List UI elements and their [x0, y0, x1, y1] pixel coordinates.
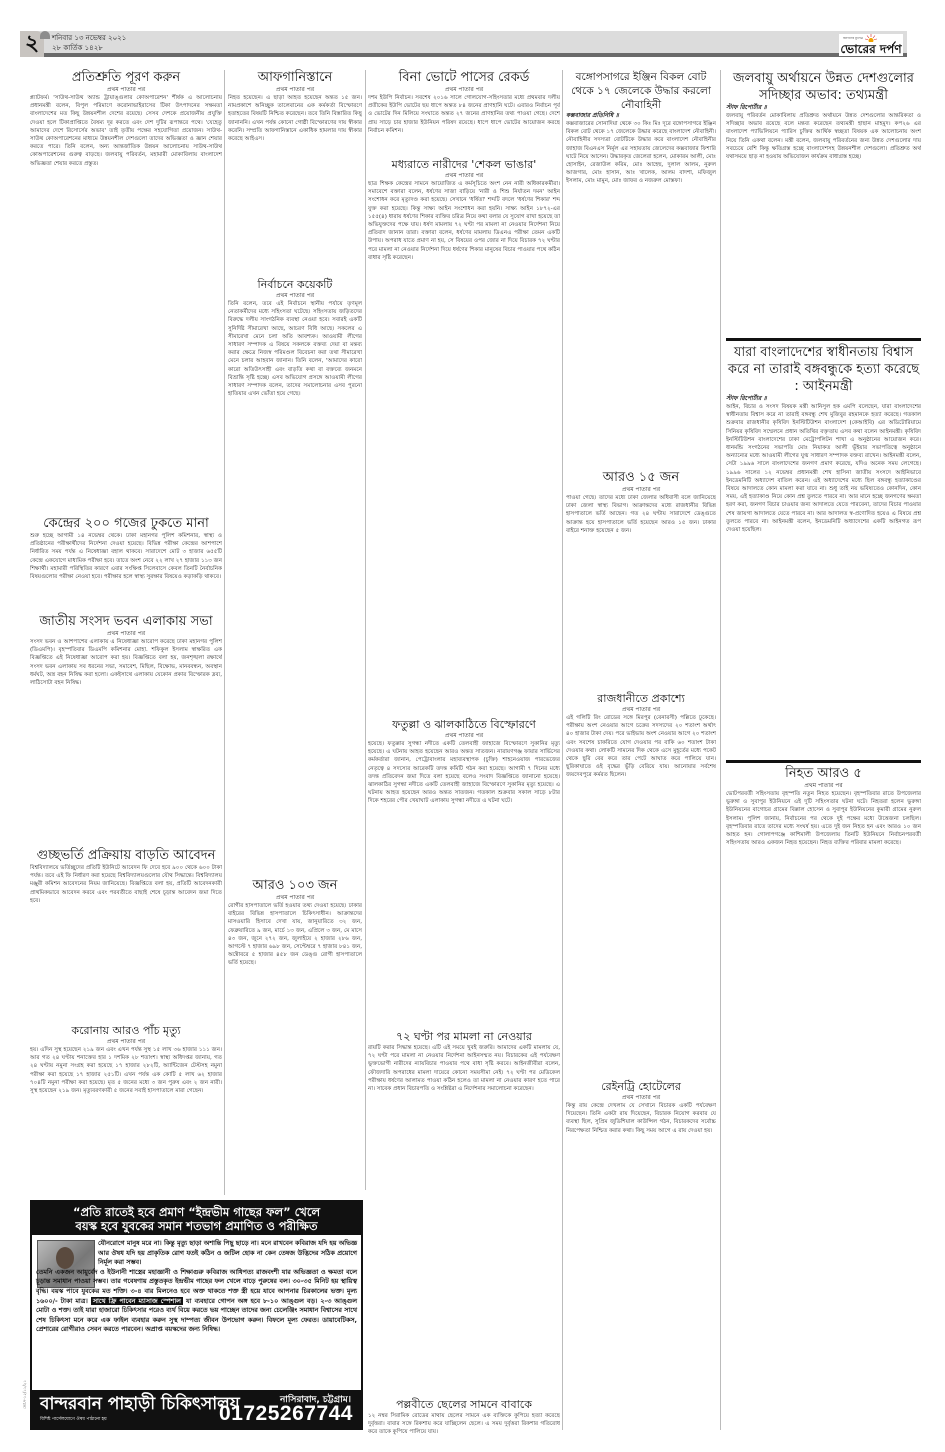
column-divider	[365, 70, 366, 1190]
kicker: প্রথম পাতার পর	[566, 706, 716, 714]
headline: জাতীয় সংসদ ভবন এলাকায় সভা	[30, 614, 222, 630]
headline: গুচ্ছভর্তি প্রক্রিয়ায় বাড়তি আবেদন	[30, 848, 222, 864]
kicker: প্রথম পাতার পর	[566, 1094, 716, 1102]
story-kendro[interactable]: কেন্দ্রের ২০০ গজের ঢুকতে মানা শুরু হচ্ছে…	[30, 516, 222, 612]
story-nihoto5[interactable]: নিহত আরও ৫ প্রথম পাতার পর ভোটপরবর্তী সহি…	[726, 766, 921, 1430]
section-rule	[726, 338, 921, 341]
page-number: ২	[20, 31, 44, 57]
story-binavote[interactable]: বিনা ভোটে পাসের রেকর্ড প্রথম পাতার পর দশ…	[368, 70, 560, 159]
story-nirbachone[interactable]: নির্বাচনে কয়েকটি প্রথম পাতার পর তিনি বল…	[228, 278, 362, 880]
kicker: প্রথম পাতার পর	[228, 86, 362, 94]
kicker: প্রথম পাতার পর	[228, 292, 362, 300]
kicker: প্রথম পাতার পর	[30, 86, 222, 94]
article-body: ১২ নম্বর সিরামিক রোডের মাথায় ছেলের সামন…	[368, 1412, 560, 1436]
column-divider	[224, 70, 225, 1195]
sun-logo-icon	[865, 34, 877, 42]
story-pallabi[interactable]: পল্লবীতে ছেলের সামনে বাবাকে ১২ নম্বর সির…	[368, 1398, 560, 1436]
headline: বিনা ভোটে পাসের রেকর্ড	[368, 70, 560, 86]
kicker: প্রথম পাতার পর	[30, 1038, 222, 1046]
story-jara[interactable]: যারা বাংলাদেশের স্বাধীনতায় বিশ্বাস করে …	[726, 344, 921, 761]
kicker: প্রথম পাতার পর	[368, 86, 560, 94]
article-body: পাওয়া গেছে। তাদের মধ্যে ঢাকা জেলার অধিব…	[566, 494, 716, 694]
section-rule	[726, 760, 921, 763]
kicker: প্রথম পাতার পর	[726, 782, 921, 790]
date-block: শনিবার ১৩ নভেম্বর ২০২১ ২৮ কার্তিক ১৪২৮	[52, 33, 126, 53]
column-divider	[720, 70, 721, 1430]
date-bangla: ২৮ কার্তিক ১৪২৮	[52, 43, 126, 53]
advertisement[interactable]: “প্রতি রাতেই হবে প্রমাণ “ইন্দ্রভীম গাছের…	[30, 1200, 363, 1430]
headline: ৭২ ঘণ্টা পর মামলা না নেওয়ার	[368, 1030, 560, 1044]
article-body: তিনি বলেন, তবে এই নির্বাচনে স্থানীয় পর্…	[228, 300, 362, 880]
article-body: এই গলিটি রিং রোডের সঙ্গে মিরপুর (বেনারসী…	[566, 714, 716, 1074]
article-body: জলবায়ু পরিবর্তন মোকাবিলায় প্রতিশ্রুত অ…	[726, 112, 921, 342]
article-body: নিহত হয়েছেন। এ ছাড়া আহত হয়েছেন অন্তত …	[228, 94, 362, 279]
headline: আফগানিস্তানে	[228, 70, 362, 86]
page-header: ২ শনিবার ১৩ নভেম্বর ২০২১ ২৮ কার্তিক ১৪২৮…	[20, 31, 907, 57]
article-body: কিন্তু রায় কেন্দ্রে দেখলাম যে সেখানে বি…	[566, 1102, 716, 1432]
headline: নির্বাচনে কয়েকটি	[228, 278, 362, 292]
story-modhyarate[interactable]: মধ্যরাতে নারীদের 'শেকল ভাঙার' প্রথম পাতা…	[368, 158, 560, 620]
story-rajdhani[interactable]: রাজধানীতে প্রকাশ্যে প্রথম পাতার পর এই গল…	[566, 692, 716, 1074]
headline: প্রতিশ্রুতি পূরণ করুন	[30, 70, 222, 86]
story-72ghonta[interactable]: ৭২ ঘণ্টা পর মামলা না নেওয়ার রায়টি করার…	[368, 1030, 560, 1294]
headline: পল্লবীতে ছেলের সামনে বাবাকে	[368, 1398, 560, 1412]
byline: স্টাফ রিপোর্টার ॥	[726, 104, 921, 112]
headline: রেইনট্রি হোটেলের	[566, 1080, 716, 1094]
story-aro103[interactable]: আরও ১০৩ জন প্রথম পাতার পর রোগীর হাসপাতাল…	[228, 878, 362, 1192]
headline: বঙ্গোপসাগরে ইঞ্জিন বিকল বোট থেকে ১৭ জেলে…	[566, 70, 716, 112]
headline: নিহত আরও ৫	[726, 766, 921, 782]
story-corona[interactable]: করোনায় আরও পাঁচ মৃত্যু প্রথম পাতার পর হ…	[30, 1024, 222, 1194]
article-body: কক্সবাজারের সোনাদিয়া থেকে ৩০ কিঃ মিঃ দূ…	[566, 120, 716, 450]
ad-clinic-name: বান্দরবান পাহাড়ী চিকিৎসালয়	[40, 1393, 240, 1415]
article-body: রায়টি করার সিদ্ধান্ত হয়েছে। এটি এই সময…	[368, 1044, 560, 1294]
kicker: প্রথম পাতার পর	[368, 172, 560, 180]
story-aro15[interactable]: আরও ১৫ জন প্রথম পাতার পর পাওয়া গেছে। তা…	[566, 470, 716, 694]
date-english: শনিবার ১৩ নভেম্বর ২০২১	[52, 33, 126, 43]
story-fatulla[interactable]: ফতুল্লা ও ঝালকাঠিতে বিস্ফোরণে প্রথম পাতা…	[368, 718, 560, 1040]
margin-code: ভো.দ-১২/১১/২১	[22, 1380, 29, 1409]
ad-footer: বান্দরবান পাহাড়ী চিকিৎসালয় বিশিষ্ট পার…	[32, 1390, 361, 1428]
kicker: প্রথম পাতার পর	[566, 486, 716, 494]
column-divider	[562, 70, 563, 1430]
article-body: হয়েছে। ফতুল্লার সুগন্ধা নদীতে একটি তেলব…	[368, 740, 560, 1040]
logo-name: ভোরের দর্পণ	[840, 43, 901, 56]
headline: ফতুল্লা ও ঝালকাঠিতে বিস্ফোরণে	[368, 718, 560, 732]
ad-highlight: সাথে ফ্রি পাবেন ম্যাসাজ স্পেশাল	[91, 1297, 183, 1305]
byline: কক্সবাজার প্রতিনিধি ॥	[566, 112, 716, 120]
story-sangsad[interactable]: জাতীয় সংসদ ভবন এলাকায় সভা প্রথম পাতার …	[30, 614, 222, 848]
story-afghan[interactable]: আফগানিস্তানে প্রথম পাতার পর নিহত হয়েছেন…	[228, 70, 362, 279]
headline: যারা বাংলাদেশের স্বাধীনতায় বিশ্বাস করে …	[726, 344, 921, 395]
headline: আরও ১০৩ জন	[228, 878, 362, 894]
kicker: প্রথম পাতার পর	[228, 894, 362, 902]
story-jolobayu[interactable]: জলবায়ু অর্থায়নে উন্নত দেশগুলোর সদিচ্ছা…	[726, 70, 921, 342]
article-body: রোগীর হাসপাতালে ভর্তি হওয়ার তথ্য দেওয়া…	[228, 902, 362, 1192]
headline: কেন্দ্রের ২০০ গজের ঢুকতে মানা	[30, 516, 222, 532]
ad-phone-number[interactable]: 01725267744	[219, 1402, 353, 1426]
ad-headline-line2: বয়স্ক হবে যুবকের সমান শতভাগ প্রমাণিত ও …	[34, 1219, 359, 1233]
ad-headline: “প্রতি রাতেই হবে প্রমাণ “ইন্দ্রভীম গাছের…	[32, 1202, 361, 1235]
article-body: দশম ইউপি নির্বাচন। সবশেষ ২০১৬ সালে গোলযো…	[368, 94, 560, 159]
headline: রাজধানীতে প্রকাশ্যে	[566, 692, 716, 706]
article-body: আইন, বিচার ও সংসদ বিষয়ক মন্ত্রী আনিসুল …	[726, 403, 921, 761]
story-guccho[interactable]: গুচ্ছভর্তি প্রক্রিয়ায় বাড়তি আবেদন বিশ…	[30, 848, 222, 1024]
kicker: প্রথম পাতার পর	[30, 630, 222, 638]
kicker: প্রথম পাতার পর	[368, 732, 560, 740]
headline: জলবায়ু অর্থায়নে উন্নত দেশগুলোর সদিচ্ছা…	[726, 70, 921, 104]
ad-body-intro: যৌনরোগে মানুষ মরে না। কিন্তু মৃত্যু ছাড়…	[36, 1239, 357, 1268]
masthead-logo[interactable]: জনগণের মুখপত্র ভোরের দর্পণ	[839, 34, 903, 56]
story-protishruti[interactable]: প্রতিশ্রুতি পূরণ করুন প্রথম পাতার পর প্ল…	[30, 70, 222, 514]
byline: স্টাফ রিপোর্টার ॥	[726, 395, 921, 403]
story-reintree[interactable]: রেইনট্রি হোটেলের প্রথম পাতার পর কিন্তু র…	[566, 1080, 716, 1432]
article-body: হয়। এদিন সুস্থ হয়েছেন ২১৯ জন এবং এখন প…	[30, 1046, 222, 1194]
article-body: প্ল্যাটফর্ম। 'সাউথ-সাউথ অ্যান্ড ট্রায়াঙ…	[30, 94, 222, 514]
headline: মধ্যরাতে নারীদের 'শেকল ভাঙার'	[368, 158, 560, 172]
article-body: ভোটপরবর্তী সহিংসতায় বৃহস্পতি নতুন নিহত …	[726, 790, 921, 1430]
ad-body: যৌনরোগে মানুষ মরে না। কিন্তু মৃত্যু ছাড়…	[36, 1239, 357, 1335]
article-body: শুরু হচ্ছে আগামী ১৪ নভেম্বর থেকে। ঢাকা ম…	[30, 532, 222, 612]
ad-clinic-subtitle: বিশিষ্ট পার্সেলযোগে ঔষধ পাঠানো হয়	[40, 1416, 107, 1423]
headline: করোনায় আরও পাঁচ মৃত্যু	[30, 1024, 222, 1038]
logo-tagline: জনগণের মুখপত্র	[843, 36, 863, 42]
article-body: ছাত্র শিক্ষক কেন্দ্রের সামনে আয়োজিত এ ক…	[368, 180, 560, 620]
headline: আরও ১৫ জন	[566, 470, 716, 486]
article-body: সংসদ ভবন ও আশপাশের এলাকায় এ নিষেধাজ্ঞা …	[30, 638, 222, 848]
article-body: বিশ্ববিদ্যালয়ে ভর্তিচ্ছুদের প্রতিটি ইউন…	[30, 864, 222, 1024]
ad-headline-line1: “প্রতি রাতেই হবে প্রমাণ “ইন্দ্রভীম গাছের…	[34, 1205, 359, 1219]
story-bongopo[interactable]: বঙ্গোপসাগরে ইঞ্জিন বিকল বোট থেকে ১৭ জেলে…	[566, 70, 716, 450]
